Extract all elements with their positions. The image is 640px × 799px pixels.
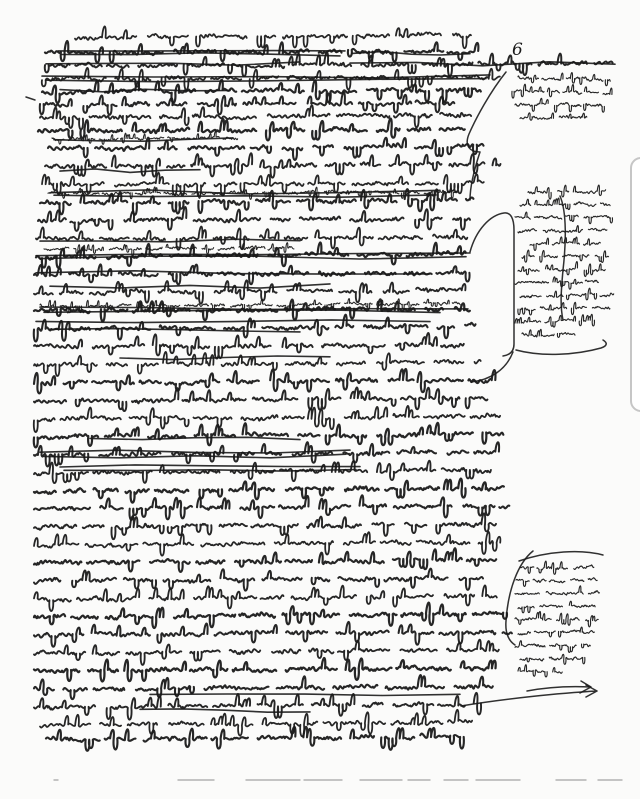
manuscript-svg: 6 <box>0 0 640 799</box>
margin-note-bottom-right <box>515 561 599 677</box>
mid-block-underline <box>516 340 606 354</box>
connector-vertical-2 <box>560 196 565 320</box>
page-number: 6 <box>512 40 523 60</box>
bottom-block-bracket <box>506 551 533 645</box>
manuscript-scan: 6 <box>0 0 640 799</box>
page-edge-peek[interactable] <box>631 158 640 411</box>
margin-note-top-right <box>512 73 612 121</box>
left-margin-dash <box>26 97 35 100</box>
bottom-arrow <box>527 681 591 693</box>
connector-arch <box>470 213 514 356</box>
bottom-swoosh <box>461 685 597 706</box>
handwriting-body <box>34 26 613 750</box>
